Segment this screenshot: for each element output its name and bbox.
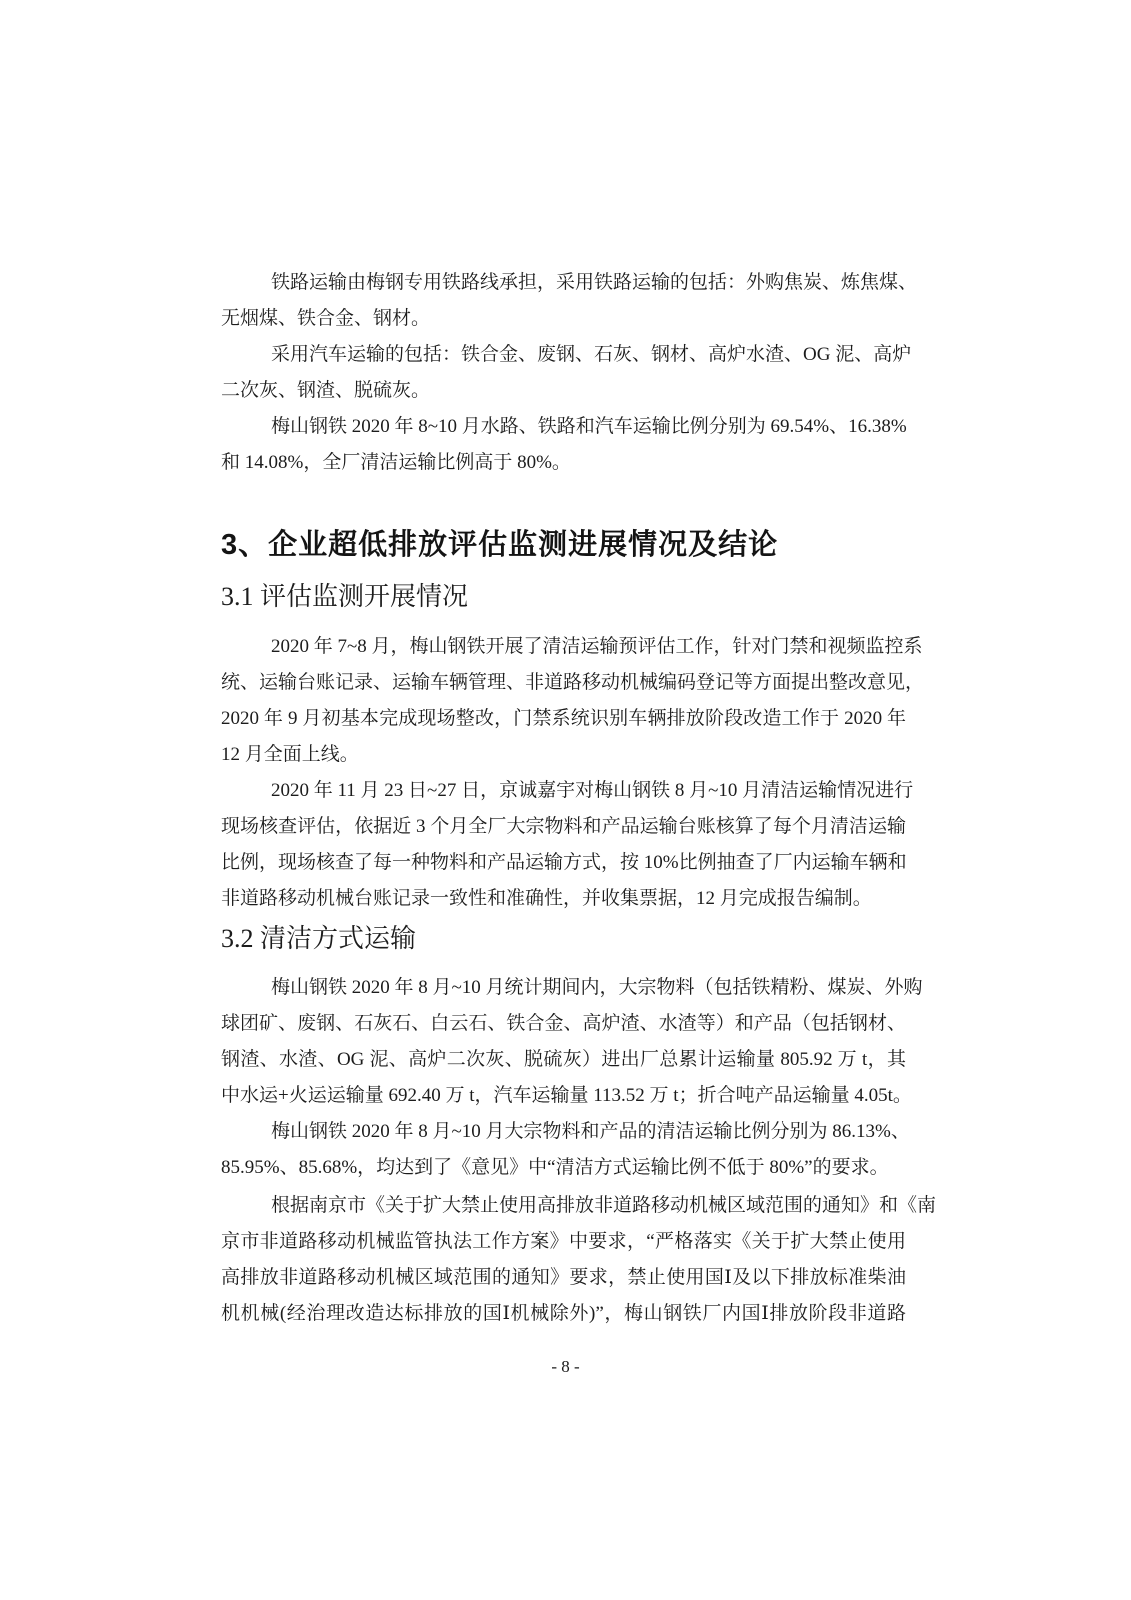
text-line: 钢渣、水渣、OG 泥、高炉二次灰、脱硫灰）进出厂总累计运输量 805.92 万 … bbox=[221, 1042, 906, 1078]
paragraph: 2020 年 11 月 23 日~27 日，京诚嘉宇对梅山钢铁 8 月~10 月… bbox=[221, 773, 906, 917]
text-line: 2020 年 7~8 月，梅山钢铁开展了清洁运输预评估工作，针对门禁和视频监控系 bbox=[221, 629, 906, 665]
section-heading: 3、企业超低排放评估监测进展情况及结论 bbox=[221, 523, 906, 567]
paragraph: 2020 年 7~8 月，梅山钢铁开展了清洁运输预评估工作，针对门禁和视频监控系… bbox=[221, 629, 906, 773]
paragraph: 梅山钢铁 2020 年 8 月~10 月大宗物料和产品的清洁运输比例分别为 86… bbox=[221, 1114, 906, 1186]
text-line: 非道路移动机械台账记录一致性和准确性，并收集票据，12 月完成报告编制。 bbox=[221, 881, 906, 917]
text-line: 梅山钢铁 2020 年 8~10 月水路、铁路和汽车运输比例分别为 69.54%… bbox=[221, 409, 906, 445]
subsection-heading: 3.1 评估监测开展情况 bbox=[221, 577, 906, 617]
page-number: - 8 - bbox=[0, 1349, 1131, 1385]
subsection-heading: 3.2 清洁方式运输 bbox=[221, 919, 906, 959]
text-line: 和 14.08%，全厂清洁运输比例高于 80%。 bbox=[221, 445, 906, 481]
paragraph: 梅山钢铁 2020 年 8~10 月水路、铁路和汽车运输比例分别为 69.54%… bbox=[221, 409, 906, 481]
paragraph: 梅山钢铁 2020 年 8 月~10 月统计期间内，大宗物料（包括铁精粉、煤炭、… bbox=[221, 970, 906, 1114]
paragraph: 根据南京市《关于扩大禁止使用高排放非道路移动机械区域范围的通知》和《南 京市非道… bbox=[221, 1188, 906, 1332]
text-line: 85.95%、85.68%，均达到了《意见》中“清洁方式运输比例不低于 80%”… bbox=[221, 1150, 906, 1186]
document-page: 铁路运输由梅钢专用铁路线承担，采用铁路运输的包括：外购焦炭、炼焦煤、 无烟煤、铁… bbox=[0, 0, 1131, 1600]
text-line: 京市非道路移动机械监管执法工作方案》中要求，“严格落实《关于扩大禁止使用 bbox=[221, 1224, 906, 1260]
text-line: 梅山钢铁 2020 年 8 月~10 月统计期间内，大宗物料（包括铁精粉、煤炭、… bbox=[221, 970, 906, 1006]
document-body: 铁路运输由梅钢专用铁路线承担，采用铁路运输的包括：外购焦炭、炼焦煤、 无烟煤、铁… bbox=[221, 265, 906, 1332]
text-line: 采用汽车运输的包括：铁合金、废钢、石灰、钢材、高炉水渣、OG 泥、高炉 bbox=[221, 337, 906, 373]
text-line: 二次灰、钢渣、脱硫灰。 bbox=[221, 373, 906, 409]
text-line: 无烟煤、铁合金、钢材。 bbox=[221, 301, 906, 337]
text-line: 12 月全面上线。 bbox=[221, 737, 906, 773]
text-line: 机机械(经治理改造达标排放的国Ⅰ机械除外)”，梅山钢铁厂内国Ⅰ排放阶段非道路 bbox=[221, 1296, 906, 1332]
paragraph: 铁路运输由梅钢专用铁路线承担，采用铁路运输的包括：外购焦炭、炼焦煤、 无烟煤、铁… bbox=[221, 265, 906, 337]
text-line: 中水运+火运运输量 692.40 万 t，汽车运输量 113.52 万 t；折合… bbox=[221, 1078, 906, 1114]
text-line: 比例，现场核查了每一种物料和产品运输方式，按 10%比例抽查了厂内运输车辆和 bbox=[221, 845, 906, 881]
text-line: 现场核查评估，依据近 3 个月全厂大宗物料和产品运输台账核算了每个月清洁运输 bbox=[221, 809, 906, 845]
text-line: 2020 年 11 月 23 日~27 日，京诚嘉宇对梅山钢铁 8 月~10 月… bbox=[221, 773, 906, 809]
text-line: 球团矿、废钢、石灰石、白云石、铁合金、高炉渣、水渣等）和产品（包括钢材、 bbox=[221, 1006, 906, 1042]
paragraph: 采用汽车运输的包括：铁合金、废钢、石灰、钢材、高炉水渣、OG 泥、高炉 二次灰、… bbox=[221, 337, 906, 409]
text-line: 梅山钢铁 2020 年 8 月~10 月大宗物料和产品的清洁运输比例分别为 86… bbox=[221, 1114, 906, 1150]
text-line: 统、运输台账记录、运输车辆管理、非道路移动机械编码登记等方面提出整改意见， bbox=[221, 665, 906, 701]
text-line: 2020 年 9 月初基本完成现场整改，门禁系统识别车辆排放阶段改造工作于 20… bbox=[221, 701, 906, 737]
text-line: 铁路运输由梅钢专用铁路线承担，采用铁路运输的包括：外购焦炭、炼焦煤、 bbox=[221, 265, 906, 301]
text-line: 高排放非道路移动机械区域范围的通知》要求，禁止使用国Ⅰ及以下排放标准柴油 bbox=[221, 1260, 906, 1296]
text-line: 根据南京市《关于扩大禁止使用高排放非道路移动机械区域范围的通知》和《南 bbox=[221, 1188, 906, 1224]
